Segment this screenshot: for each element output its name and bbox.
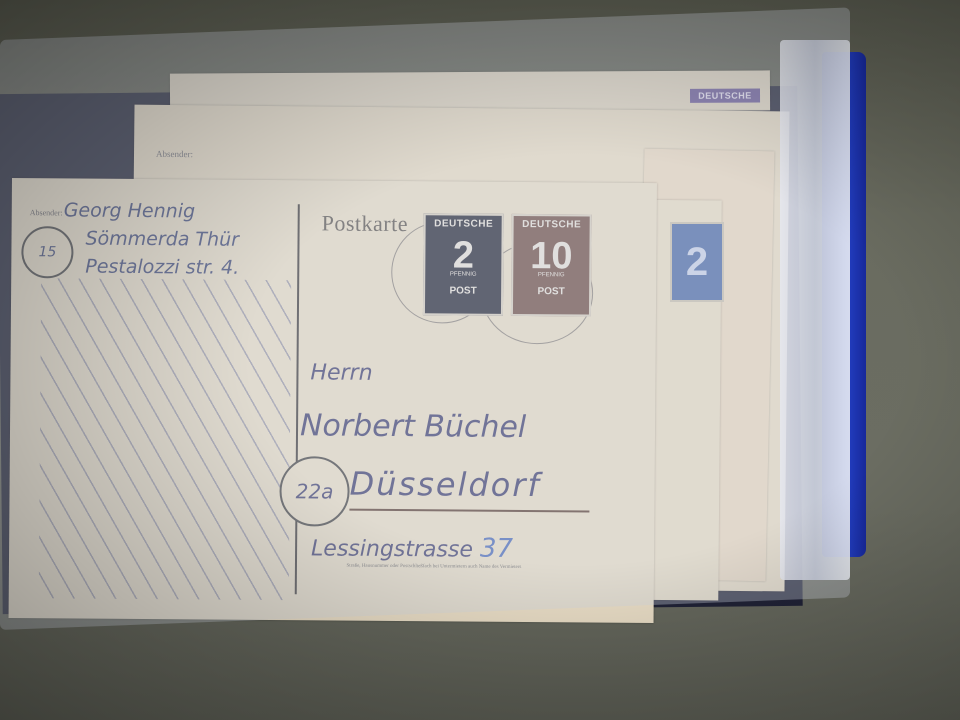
plastic-sleeve-edge <box>780 40 850 580</box>
plastic-sleeve <box>0 7 850 630</box>
